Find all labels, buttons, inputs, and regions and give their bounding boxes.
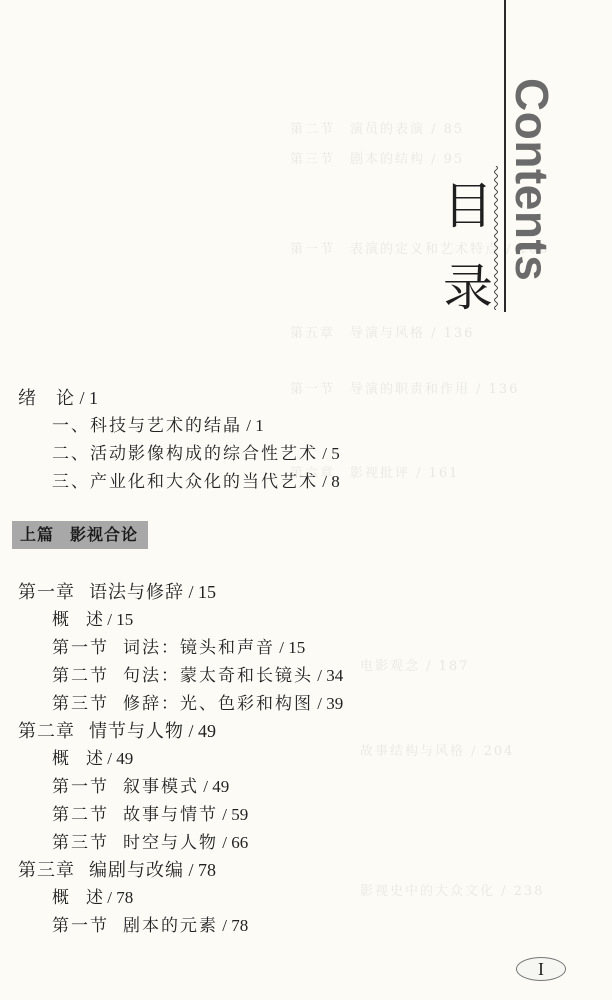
page-number: 78 [231, 916, 248, 935]
part-banner[interactable]: 上篇影视合论 [12, 521, 148, 549]
entry-title: 一、科技与艺术的结晶 [52, 416, 242, 436]
section-label: 第二节 [52, 664, 109, 688]
toc-section[interactable]: 概 述 / 49 [52, 747, 133, 771]
title-char-mu: 目 [438, 176, 498, 236]
entry-title: 二、活动影像构成的综合性艺术 [52, 444, 318, 464]
toc-entry-intro[interactable]: 绪 论 / 1 [18, 386, 98, 411]
page-number: 78 [198, 860, 216, 880]
bleed-through-text: 第五章 导演与风格 / 136 [290, 322, 474, 341]
toc-entry[interactable]: 一、科技与艺术的结晶 / 1 [52, 414, 264, 438]
toc-chapter-3[interactable]: 第三章编剧与改编 / 78 [18, 858, 216, 883]
toc-chapter-2[interactable]: 第二章情节与人物 / 49 [18, 719, 216, 744]
toc-section[interactable]: 概 述 / 15 [52, 608, 133, 632]
page-number: 8 [331, 472, 340, 491]
toc-section[interactable]: 第一节叙事模式 / 49 [52, 775, 229, 799]
section-title: 故事与情节 [123, 805, 218, 825]
toc-section[interactable]: 第三节时空与人物 / 66 [52, 831, 248, 855]
bleed-through-text: 第一节 导演的职责和作用 / 136 [290, 378, 519, 397]
page-number: 15 [288, 638, 305, 657]
chapter-label: 第二章 [18, 720, 75, 744]
chapter-title: 语法与修辞 [89, 582, 184, 603]
page-number: 5 [331, 444, 340, 463]
section-label: 第二节 [52, 803, 109, 827]
page-number: 15 [198, 582, 216, 602]
bleed-through-text: 故事结构与风格 / 204 [360, 740, 514, 759]
section-title: 修辞：光、色彩和构图 [123, 694, 313, 714]
contents-heading: Contents [512, 78, 552, 288]
toc-chapter-1[interactable]: 第一章语法与修辞 / 15 [18, 580, 216, 605]
contents-heading-text: Contents [512, 78, 552, 281]
page-number: 78 [116, 888, 133, 907]
page-number: 15 [116, 610, 133, 629]
section-title: 剧本的元素 [123, 916, 218, 936]
page-number: 1 [89, 388, 98, 408]
section-label: 概 述 [52, 608, 103, 632]
bleed-through-text: 第三节 剧本的结构 / 95 [290, 148, 464, 167]
chapter-label: 第三章 [18, 859, 75, 883]
section-label: 第一节 [52, 914, 109, 938]
page-number: 49 [116, 749, 133, 768]
page-number: 49 [198, 721, 216, 741]
part-label: 上篇 [20, 525, 54, 544]
chapter-title: 编剧与改编 [89, 860, 184, 881]
page-number: 49 [212, 777, 229, 796]
toc-section[interactable]: 概 述 / 78 [52, 886, 133, 910]
section-label: 第三节 [52, 692, 109, 716]
bleed-through-text: 电影观念 / 187 [360, 655, 469, 674]
page-number: 59 [231, 805, 248, 824]
section-label: 概 述 [52, 886, 103, 910]
toc-section[interactable]: 第二节句法：蒙太奇和长镜头 / 34 [52, 664, 343, 688]
toc-section[interactable]: 第三节修辞：光、色彩和构图 / 39 [52, 692, 343, 716]
section-label: 第一节 [52, 775, 109, 799]
section-title: 叙事模式 [123, 777, 199, 797]
page-number: 34 [326, 666, 343, 685]
entry-title: 三、产业化和大众化的当代艺术 [52, 472, 318, 492]
toc-entry[interactable]: 三、产业化和大众化的当代艺术 / 8 [52, 470, 340, 494]
toc-section[interactable]: 第一节词法：镜头和声音 / 15 [52, 636, 305, 660]
bleed-through-text: 第二节 演员的表演 / 85 [290, 118, 464, 137]
section-title: 词法：镜头和声音 [123, 638, 275, 658]
section-label: 概 述 [52, 747, 103, 771]
chapter-label: 第一章 [18, 581, 75, 605]
toc-section[interactable]: 第二节故事与情节 / 59 [52, 803, 248, 827]
section-title: 时空与人物 [123, 833, 218, 853]
title-char-lu: 录 [438, 258, 498, 318]
section-label: 第一节 [52, 636, 109, 660]
chapter-title: 情节与人物 [89, 721, 184, 742]
toc-entry[interactable]: 二、活动影像构成的综合性艺术 / 5 [52, 442, 340, 466]
bleed-through-text: 影视史中的大众文化 / 238 [360, 880, 544, 899]
section-title: 句法：蒙太奇和长镜头 [123, 666, 313, 686]
part-title: 影视合论 [70, 525, 138, 544]
section-label: 第三节 [52, 831, 109, 855]
page-number: 66 [231, 833, 248, 852]
page-number-badge: I [516, 957, 566, 981]
entry-label: 绪 论 [18, 387, 75, 411]
page-number: 1 [255, 416, 264, 435]
page-number: 39 [326, 694, 343, 713]
toc-section[interactable]: 第一节剧本的元素 / 78 [52, 914, 248, 938]
